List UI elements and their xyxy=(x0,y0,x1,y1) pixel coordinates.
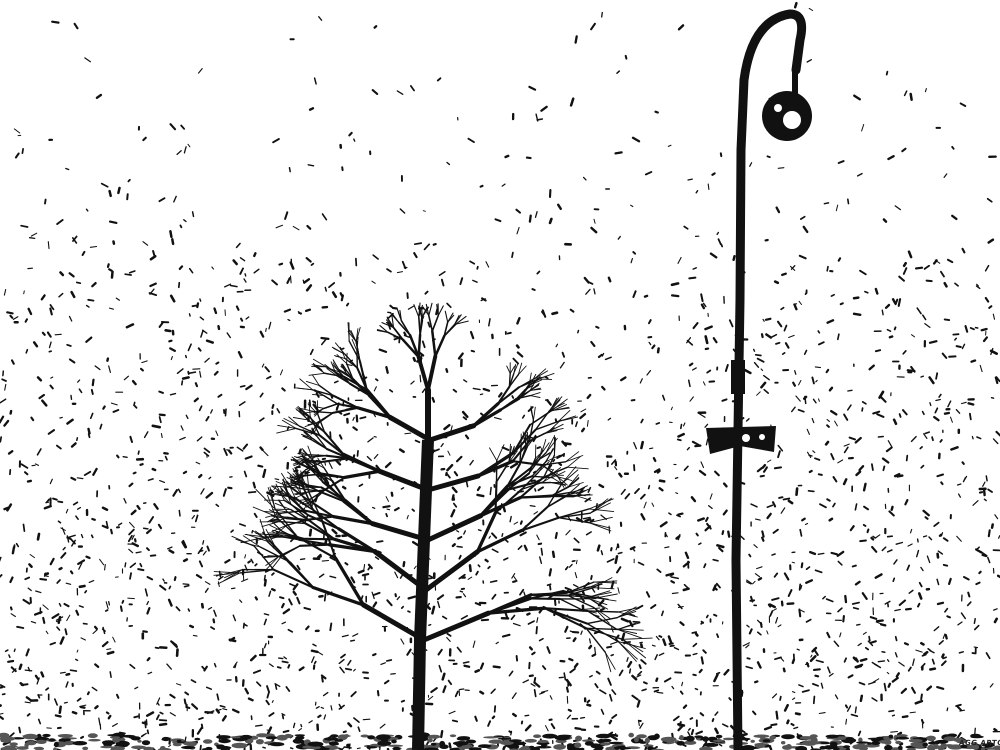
photo-scene xyxy=(0,0,1000,750)
watermark: AGG ARTO xyxy=(959,739,1000,747)
